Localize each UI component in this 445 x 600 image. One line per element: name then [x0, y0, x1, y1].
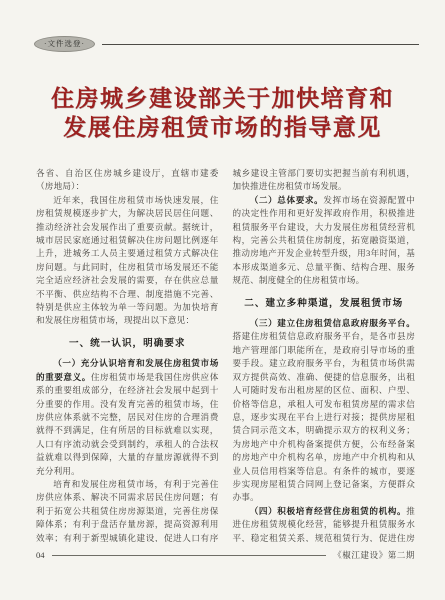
page-header: ·文件选登· [34, 36, 419, 52]
page-number: 04 [36, 550, 45, 560]
item-1-body: 住房租赁市场是我国住房供应体系的重要组成部分，在经济社会发展中起到十分重要的作用… [36, 372, 219, 476]
paragraph-benefits: 培育和发展住房租赁市场，有利于完善住房供应体系、解决不同需求居民住房问题；有利于… [36, 478, 219, 542]
paragraph-item-2: （二）总体要求。发挥市场在资源配置中的决定性作用和更好发挥政府作用，积极推进租赁… [233, 194, 416, 288]
item-3-lead: （三）建立住房租赁信息政府服务平台。 [250, 318, 415, 328]
paragraph-item-3: （三）建立住房租赁信息政府服务平台。搭建住房租赁信息政府服务平台，是各市县房地产… [233, 317, 416, 505]
section-badge: ·文件选登· [34, 36, 95, 52]
title-line-2: 发展住房租赁市场的指导意见 [0, 113, 445, 142]
title-line-1: 住房城乡建设部关于加快培育和 [0, 84, 445, 113]
paragraph-intro: 近年来，我国住房租赁市场快速发展，住房租赁规模逐步扩大，为解决居民居住问题、推动… [36, 194, 219, 328]
item-2-lead: （二）总体要求。 [250, 195, 324, 205]
left-column: 各省、自治区住房城乡建设厅，直辖市建委（房地局）： 近年来，我国住房租赁市场快速… [36, 167, 219, 542]
document-title: 住房城乡建设部关于加快培育和 发展住房租赁市场的指导意见 [0, 84, 445, 142]
section-heading-2: 二、建立多种渠道，发展租赁市场 [233, 297, 416, 310]
salutation: 各省、自治区住房城乡建设厅，直辖市建委（房地局）： [36, 167, 219, 194]
footer-divider [52, 555, 327, 556]
paragraph-item-1: （一）充分认识培育和发展住房租赁市场的重要意义。住房租赁市场是我国住房供应体系的… [36, 357, 219, 478]
article-body: 各省、自治区住房城乡建设厅，直辖市建委（房地局）： 近年来，我国住房租赁市场快速… [36, 167, 415, 542]
item-4-lead: （四）积极培育经营住房租赁的机构。 [250, 506, 407, 516]
paragraph-continuation: 城乡建设主管部门要切实把握当前有利机遇，加快推进住房租赁市场发展。 [233, 167, 416, 194]
item-2-body: 发挥市场在资源配置中的决定性作用和更好发挥政府作用，积极推进租赁服务平台建设，大… [233, 195, 416, 285]
paragraph-item-4: （四）积极培育经营住房租赁的机构。推进住房租赁规模化经营，能够提升租赁服务水平，… [233, 505, 416, 542]
journal-issue-label: 《椒江建设》第二期 [333, 549, 415, 561]
header-divider [102, 44, 419, 45]
document-page: ·文件选登· 住房城乡建设部关于加快培育和 发展住房租赁市场的指导意见 各省、自… [0, 0, 445, 600]
section-heading-1: 一、统一认识，明确要求 [36, 337, 219, 350]
right-column: 城乡建设主管部门要切实把握当前有利机遇，加快推进住房租赁市场发展。 （二）总体要… [233, 167, 416, 542]
page-footer: 04 《椒江建设》第二期 [36, 549, 415, 561]
item-3-body: 搭建住房租赁信息政府服务平台，是各市县房地产管理部门职能所在，是政府引导市场的重… [233, 331, 416, 502]
